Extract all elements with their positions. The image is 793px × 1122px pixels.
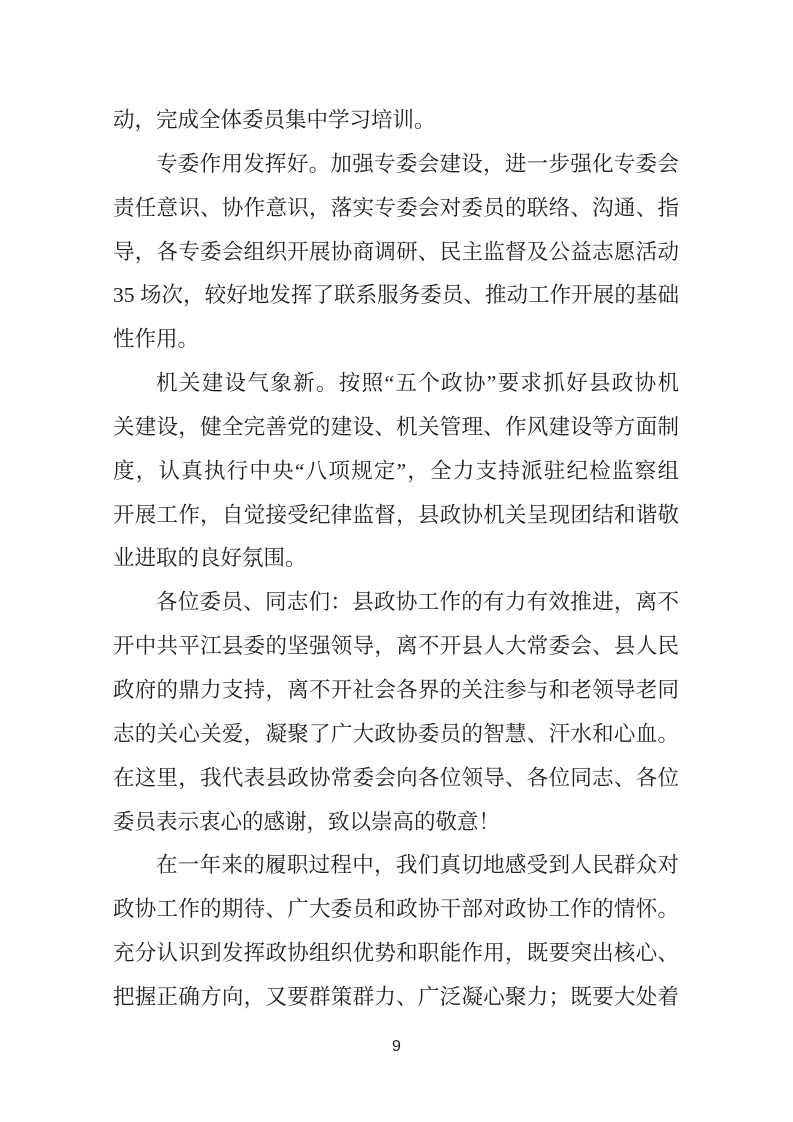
text-line: 在这里，我代表县政协常委会向各位领导、各位同志、各位 [113, 757, 679, 801]
text-line: 业进取的良好氛围。 [113, 537, 679, 581]
text-line: 责任意识、协作意识，落实专委会对委员的联络、沟通、指 [113, 187, 679, 231]
text-line: 充分认识到发挥政协组织优势和职能作用，既要突出核心、 [113, 932, 679, 976]
text-line: 各位委员、同志们：县政协工作的有力有效推进，离不 [113, 581, 679, 625]
text-line: 性作用。 [113, 318, 679, 362]
text-line: 35 场次，较好地发挥了联系服务委员、推动工作开展的基础 [113, 274, 679, 318]
text-line: 委员表示衷心的感谢，致以崇高的敬意！ [113, 801, 679, 845]
text-line: 在一年来的履职过程中，我们真切地感受到人民群众对 [113, 844, 679, 888]
document-page: 动，完成全体委员集中学习培训。专委作用发挥好。加强专委会建设，进一步强化专委会责… [0, 0, 793, 1122]
body-text: 动，完成全体委员集中学习培训。专委作用发挥好。加强专委会建设，进一步强化专委会责… [113, 99, 679, 1020]
text-line: 关建设，健全完善党的建设、机关管理、作风建设等方面制 [113, 406, 679, 450]
text-line: 志的关心关爱，凝聚了广大政协委员的智慧、汗水和心血。 [113, 713, 679, 757]
text-line: 把握正确方向，又要群策群力、广泛凝心聚力；既要大处着 [113, 976, 679, 1020]
text-line: 政府的鼎力支持，离不开社会各界的关注参与和老领导老同 [113, 669, 679, 713]
text-line: 开中共平江县委的坚强领导，离不开县人大常委会、县人民 [113, 625, 679, 669]
text-line: 机关建设气象新。按照“五个政协”要求抓好县政协机 [113, 362, 679, 406]
text-line: 政协工作的期待、广大委员和政协干部对政协工作的情怀。 [113, 888, 679, 932]
text-line: 导，各专委会组织开展协商调研、民主监督及公益志愿活动 [113, 231, 679, 275]
page-number: 9 [0, 1037, 793, 1057]
text-line: 专委作用发挥好。加强专委会建设，进一步强化专委会 [113, 143, 679, 187]
text-line: 开展工作，自觉接受纪律监督，县政协机关呈现团结和谐敬 [113, 494, 679, 538]
text-line: 度，认真执行中央“八项规定”，全力支持派驻纪检监察组 [113, 450, 679, 494]
text-line: 动，完成全体委员集中学习培训。 [113, 99, 679, 143]
